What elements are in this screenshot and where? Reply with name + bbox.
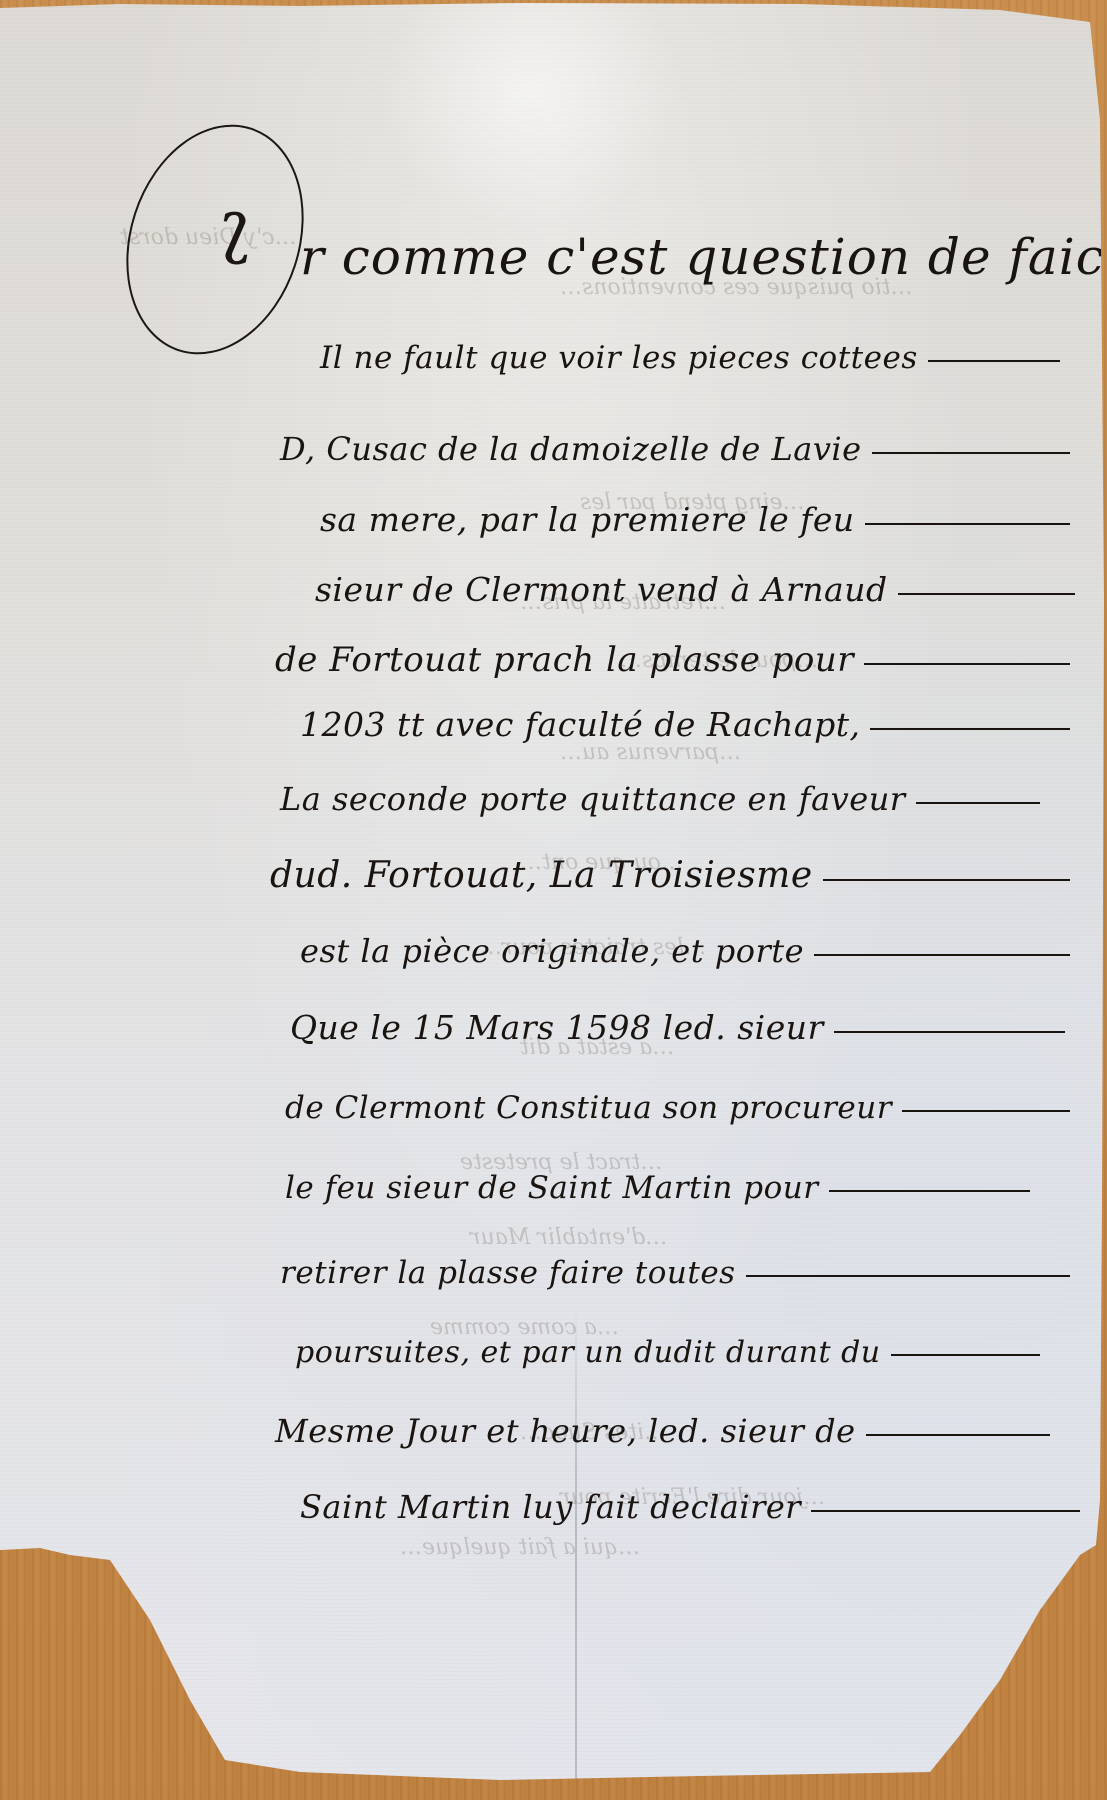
- manuscript-text: r comme c'est question de faict Il ne fa…: [0, 0, 1107, 1800]
- line-text: de Clermont Constitua son procureur: [285, 1090, 892, 1126]
- manuscript-line: poursuites, et par un dudit durant du: [295, 1335, 1040, 1370]
- line-text: sieur de Clermont vend à Arnaud: [315, 570, 888, 609]
- line-filler: [916, 802, 1040, 804]
- line-text: est la pièce originale, et porte: [300, 932, 804, 970]
- line-text: poursuites, et par un dudit durant du: [295, 1335, 881, 1370]
- manuscript-line: D, Cusac de la damoizelle de Lavie: [280, 430, 1070, 468]
- manuscript-line: Mesme Jour et heure, led. sieur de: [275, 1412, 1050, 1450]
- line-text: sa mere, par la premiere le feu: [320, 500, 855, 539]
- line-text: Que le 15 Mars 1598 led. sieur: [290, 1008, 824, 1047]
- manuscript-line: sa mere, par la premiere le feu: [320, 500, 1070, 539]
- manuscript-line: La seconde porte quittance en faveur: [280, 780, 1040, 818]
- line-text: Saint Martin luy fait declairer: [300, 1488, 801, 1526]
- manuscript-line: de Clermont Constitua son procureur: [285, 1090, 1070, 1126]
- line-filler: [898, 593, 1075, 595]
- manuscript-line: r comme c'est question de faict: [300, 228, 1080, 286]
- manuscript-line: de Fortouat prach la plasse pour: [275, 640, 1070, 680]
- line-filler: [814, 954, 1070, 956]
- manuscript-line: Saint Martin luy fait declairer: [300, 1488, 1080, 1526]
- manuscript-line: Que le 15 Mars 1598 led. sieur: [290, 1008, 1065, 1047]
- line-text: de Fortouat prach la plasse pour: [275, 640, 854, 680]
- manuscript-line: 1203 tt avec faculté de Rachapt,: [300, 705, 1070, 744]
- manuscript-line: le feu sieur de Saint Martin pour: [285, 1170, 1030, 1206]
- line-filler: [746, 1275, 1070, 1277]
- line-text: le feu sieur de Saint Martin pour: [285, 1170, 819, 1206]
- manuscript-line: Il ne fault que voir les pieces cottees: [320, 340, 1060, 376]
- line-filler: [865, 523, 1070, 525]
- line-text: 1203 tt avec faculté de Rachapt,: [300, 705, 860, 744]
- line-text: D, Cusac de la damoizelle de Lavie: [280, 430, 862, 468]
- manuscript-line: sieur de Clermont vend à Arnaud: [315, 570, 1075, 609]
- line-text: dud. Fortouat, La Troisiesme: [270, 855, 813, 896]
- line-text: Mesme Jour et heure, led. sieur de: [275, 1412, 856, 1450]
- line-filler: [928, 360, 1060, 362]
- line-filler: [811, 1510, 1080, 1512]
- line-text: retirer la plasse faire toutes: [280, 1255, 736, 1291]
- line-filler: [891, 1354, 1040, 1356]
- line-filler: [823, 879, 1070, 881]
- manuscript-line: retirer la plasse faire toutes: [280, 1255, 1070, 1291]
- line-text: r comme c'est question de faict: [300, 228, 1107, 286]
- line-filler: [834, 1031, 1065, 1033]
- manuscript-line: dud. Fortouat, La Troisiesme: [270, 855, 1070, 896]
- line-text: Il ne fault que voir les pieces cottees: [320, 340, 918, 376]
- line-filler: [870, 728, 1070, 730]
- line-filler: [829, 1190, 1030, 1192]
- manuscript-page: …c'y Dieu dorst …tio puisque ces convent…: [0, 0, 1107, 1800]
- line-filler: [902, 1110, 1070, 1112]
- line-filler: [866, 1434, 1050, 1436]
- line-text: La seconde porte quittance en faveur: [280, 780, 906, 818]
- manuscript-line: est la pièce originale, et porte: [300, 932, 1070, 970]
- line-filler: [864, 663, 1070, 665]
- line-filler: [872, 452, 1070, 454]
